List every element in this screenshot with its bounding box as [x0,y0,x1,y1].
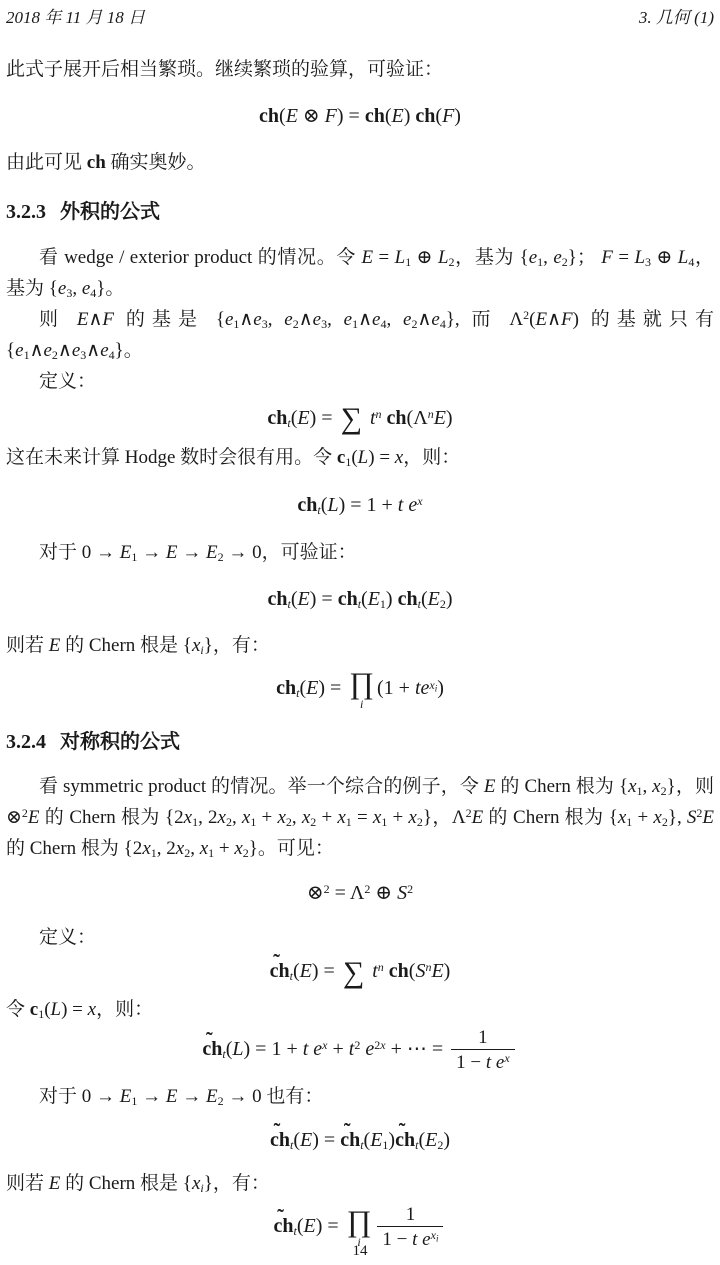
section-number: 3.2.4 [6,731,46,753]
paragraph-exact-sequence-1: 对于 0 → E1 → E → E2 → 0，可验证： [6,537,714,568]
paragraph-intro: 此式子展开后相当繁琐。继续繁琐的验算，可验证： [6,54,714,85]
formula-cht-multiplicative: cht(E) = cht(E1) cht(E2) [6,584,714,614]
section-heading-3-2-3: 3.2.3外积的公式 [6,200,714,224]
page-number: 14 [0,1243,720,1260]
document-content: 此式子展开后相当繁琐。继续繁琐的验算，可验证： ch(E ⊗ F) = ch(E… [6,54,714,1252]
formula-cht-line-bundle: cht(L) = 1 + t ex [6,490,714,520]
formula-cht-product: cht(E) = ∏i(1 + texi) [6,669,714,710]
formula-ch-tensor-product: ch(E ⊗ F) = ch(E) ch(F) [6,101,714,131]
paragraph-wedge-setup: 看 wedge / exterior product 的情况。令 E = L1 … [6,242,714,304]
section-heading-3-2-4: 3.2.4对称积的公式 [6,730,714,754]
section-title: 外积的公式 [60,201,160,223]
paragraph-hodge-remark: 这在未来计算 Hodge 数时会很有用。令 c1(L) = x，则： [6,442,714,473]
paragraph-let-c1: 令 c1(L) = x，则： [6,994,714,1025]
header-date: 2018 年 11 月 18 日 [6,8,145,28]
formula-chtilde-sum-sym: ˜cht(E) = ∑ tn ch(SnE) [6,956,714,987]
paragraph-ch-remark: 由此可见 ch 确实奥妙。 [6,147,714,178]
formula-tensor-decomposition: ⊗2 = Λ2 ⊕ S2 [6,878,714,908]
header-section-title: 3. 几何 (1) [639,8,714,28]
paragraph-chern-roots-2: 则若 E 的 Chern 根是 {xi}，有： [6,1168,714,1199]
document-page: 2018 年 11 月 18 日 3. 几何 (1) 此式子展开后相当繁琐。继续… [0,0,720,1265]
paragraph-chern-roots-1: 则若 E 的 Chern 根是 {xi}，有： [6,630,714,661]
section-number: 3.2.3 [6,201,46,223]
paragraph-exact-sequence-2: 对于 0 → E1 → E → E2 → 0 也有： [6,1081,714,1112]
page-header: 2018 年 11 月 18 日 3. 几何 (1) [6,8,714,28]
formula-chtilde-multiplicative: ˜cht(E) = ˜cht(E1)˜cht(E2) [6,1125,714,1155]
formula-cht-sum-lambda: cht(E) = ∑ tn ch(ΛnE) [6,403,714,434]
paragraph-symmetric-example: 看 symmetric product 的情况。举一个综合的例子，令 E 的 C… [6,771,714,864]
section-title: 对称积的公式 [60,731,180,753]
paragraph-wedge-basis: 则 E∧F 的基是 {e1∧e3, e2∧e3, e1∧e4, e2∧e4}, … [6,304,714,366]
formula-chtilde-line-bundle: ˜cht(L) = 1 + t ex + t2 e2x + ⋯ = 11 − t… [6,1026,714,1075]
paragraph-define-2: 定义： [6,922,714,953]
paragraph-define-1: 定义： [6,366,714,397]
